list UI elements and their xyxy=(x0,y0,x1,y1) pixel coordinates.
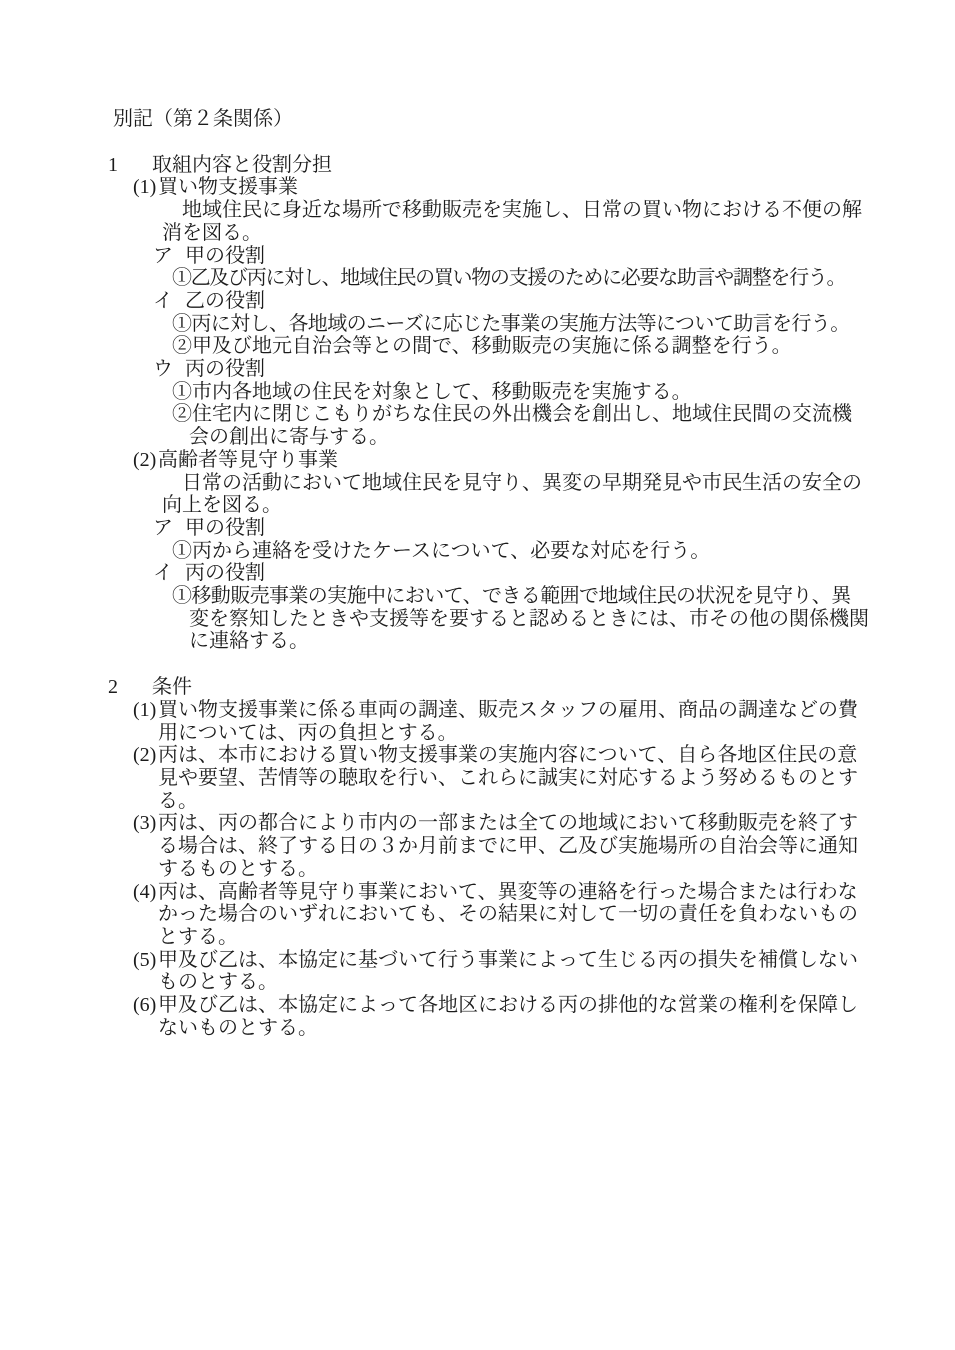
role-a-title: 甲の役割 xyxy=(185,517,265,539)
role-b-point-2: ②甲及び地元自治会等との間で、移動販売の実施に係る調整を行う。 xyxy=(172,335,955,358)
section-2: 2条件 (1)買い物支援事業に係る車両の調達、販売スタッフの雇用、商品の調達など… xyxy=(0,676,955,1039)
section-2-number: 2 xyxy=(108,676,152,699)
section-1-title: 取組内容と役割分担 xyxy=(152,154,332,176)
condition-1-line: (1)買い物支援事業に係る車両の調達、販売スタッフの雇用、商品の調達などの費 xyxy=(133,699,955,722)
section-2-title: 条件 xyxy=(152,676,192,698)
item-2-description-line: 日常の活動において地域住民を見守り、異変の早期発見や市民生活の安全の xyxy=(182,472,955,495)
role-b-point-1-line: に連絡する。 xyxy=(189,630,955,653)
item-2-label: (2) xyxy=(133,449,158,472)
condition-2-label: (2) xyxy=(133,744,158,767)
condition-2-text: 丙は、本市における買い物支援事業の実施内容について、自ら各地区住民の意 xyxy=(158,744,857,766)
condition-item: (2)丙は、本市における買い物支援事業の実施内容について、自ら各地区住民の意 見… xyxy=(0,744,955,812)
role-a-point-1: ①丙から連絡を受けたケースについて、必要な対応を行う。 xyxy=(172,540,955,563)
role-b-title: 丙の役割 xyxy=(185,562,265,584)
role-c-point-1: ①市内各地域の住民を対象として、移動販売を実施する。 xyxy=(172,381,955,404)
role-a-kana: ア xyxy=(153,517,185,540)
condition-3-label: (3) xyxy=(133,812,158,835)
role-a-title: 甲の役割 xyxy=(185,245,265,267)
condition-3-line: (3)丙は、丙の都合により市内の一部または全ての地域において移動販売を終了す xyxy=(133,812,955,835)
condition-item: (6)甲及び乙は、本協定によって各地区における丙の排他的な営業の権利を保障し な… xyxy=(0,994,955,1039)
condition-1-text: 買い物支援事業に係る車両の調達、販売スタッフの雇用、商品の調達などの費 xyxy=(158,699,858,721)
condition-5-line: (5)甲及び乙は、本協定に基づいて行う事業によって生じる丙の損失を補償しない xyxy=(133,949,955,972)
condition-item: (3)丙は、丙の都合により市内の一部または全ての地域において移動販売を終了す る… xyxy=(0,812,955,880)
condition-item: (1)買い物支援事業に係る車両の調達、販売スタッフの雇用、商品の調達などの費 用… xyxy=(0,699,955,744)
condition-4-line: かった場合のいずれにおいても、その結果に対して一切の責任を負わないもの xyxy=(158,903,955,926)
doc-heading: 別記（第２条関係） xyxy=(113,108,955,131)
item-1-heading: (1)買い物支援事業 xyxy=(133,176,955,199)
role-b-heading: イ丙の役割 xyxy=(153,562,955,585)
condition-item: (4)丙は、高齢者等見守り事業において、異変等の連絡を行った場合または行わな か… xyxy=(0,881,955,949)
document-page: 別記（第２条関係） 1取組内容と役割分担 (1)買い物支援事業 地域住民に身近な… xyxy=(0,0,955,1350)
condition-4-line: とする。 xyxy=(158,926,955,949)
role-c-title: 丙の役割 xyxy=(185,358,265,380)
item-2-heading: (2)高齢者等見守り事業 xyxy=(133,449,955,472)
item-1-description-line: 消を図る。 xyxy=(162,222,955,245)
role-b-point-1: ①丙に対し、各地域のニーズに応じた事業の実施方法等について助言を行う。 xyxy=(172,313,955,336)
condition-2-line: 見や要望、苦情等の聴取を行い、これらに誠実に対応するよう努めるものとす xyxy=(158,767,955,790)
condition-1-line: 用については、丙の負担とする。 xyxy=(158,722,955,745)
role-a-kana: ア xyxy=(153,245,185,268)
condition-3-line: するものとする。 xyxy=(158,858,955,881)
condition-6-label: (6) xyxy=(133,994,158,1017)
condition-6-line: ないものとする。 xyxy=(158,1017,955,1040)
role-c-kana: ウ xyxy=(153,358,185,381)
role-b-point-1-line: ①移動販売事業の実施中において、できる範囲で地域住民の状況を見守り、異 xyxy=(172,585,955,608)
condition-4-line: (4)丙は、高齢者等見守り事業において、異変等の連絡を行った場合または行わな xyxy=(133,881,955,904)
role-c-heading: ウ丙の役割 xyxy=(153,358,955,381)
item-2-description-line: 向上を図る。 xyxy=(162,494,955,517)
section-2-heading: 2条件 xyxy=(108,676,955,699)
condition-5-line: ものとする。 xyxy=(158,971,955,994)
condition-3-text: 丙は、丙の都合により市内の一部または全ての地域において移動販売を終了す xyxy=(158,812,858,834)
role-b-point-1-line: 変を察知したときや支援等を要すると認めるときには、市その他の関係機関 xyxy=(189,608,955,631)
role-a-point-1: ①乙及び丙に対し、地域住民の買い物の支援のために必要な助言や調整を行う。 xyxy=(172,267,955,290)
condition-2-line: (2)丙は、本市における買い物支援事業の実施内容について、自ら各地区住民の意 xyxy=(133,744,955,767)
role-b-kana: イ xyxy=(153,290,185,313)
role-b-kana: イ xyxy=(153,562,185,585)
item-1-label: (1) xyxy=(133,176,158,199)
condition-5-label: (5) xyxy=(133,949,158,972)
condition-4-text: 丙は、高齢者等見守り事業において、異変等の連絡を行った場合または行わな xyxy=(158,881,858,903)
role-c-point-2-line: 会の創出に寄与する。 xyxy=(189,426,955,449)
condition-4-label: (4) xyxy=(133,881,158,904)
section-1-number: 1 xyxy=(108,154,152,177)
role-c-point-2-line: ②住宅内に閉じこもりがちな住民の外出機会を創出し、地域住民間の交流機 xyxy=(172,403,955,426)
item-1-title: 買い物支援事業 xyxy=(158,176,298,198)
role-a-heading: ア甲の役割 xyxy=(153,245,955,268)
condition-5-text: 甲及び乙は、本協定に基づいて行う事業によって生じる丙の損失を補償しない xyxy=(158,949,858,971)
role-b-title: 乙の役割 xyxy=(185,290,265,312)
condition-item: (5)甲及び乙は、本協定に基づいて行う事業によって生じる丙の損失を補償しない も… xyxy=(0,949,955,994)
section-1-heading: 1取組内容と役割分担 xyxy=(108,154,955,177)
item-1-description-line: 地域住民に身近な場所で移動販売を実施し、日常の買い物における不便の解 xyxy=(182,199,955,222)
section-1: 1取組内容と役割分担 (1)買い物支援事業 地域住民に身近な場所で移動販売を実施… xyxy=(0,154,955,653)
role-b-heading: イ乙の役割 xyxy=(153,290,955,313)
section-1-item-1: (1)買い物支援事業 地域住民に身近な場所で移動販売を実施し、日常の買い物におけ… xyxy=(0,176,955,448)
condition-1-label: (1) xyxy=(133,699,158,722)
role-a-heading: ア甲の役割 xyxy=(153,517,955,540)
section-1-item-2: (2)高齢者等見守り事業 日常の活動において地域住民を見守り、異変の早期発見や市… xyxy=(0,449,955,653)
item-2-title: 高齢者等見守り事業 xyxy=(158,449,338,471)
condition-2-line: る。 xyxy=(158,790,955,813)
condition-6-text: 甲及び乙は、本協定によって各地区における丙の排他的な営業の権利を保障し xyxy=(158,994,858,1016)
condition-3-line: る場合は、終了する日の３か月前までに甲、乙及び実施場所の自治会等に通知 xyxy=(158,835,955,858)
condition-6-line: (6)甲及び乙は、本協定によって各地区における丙の排他的な営業の権利を保障し xyxy=(133,994,955,1017)
